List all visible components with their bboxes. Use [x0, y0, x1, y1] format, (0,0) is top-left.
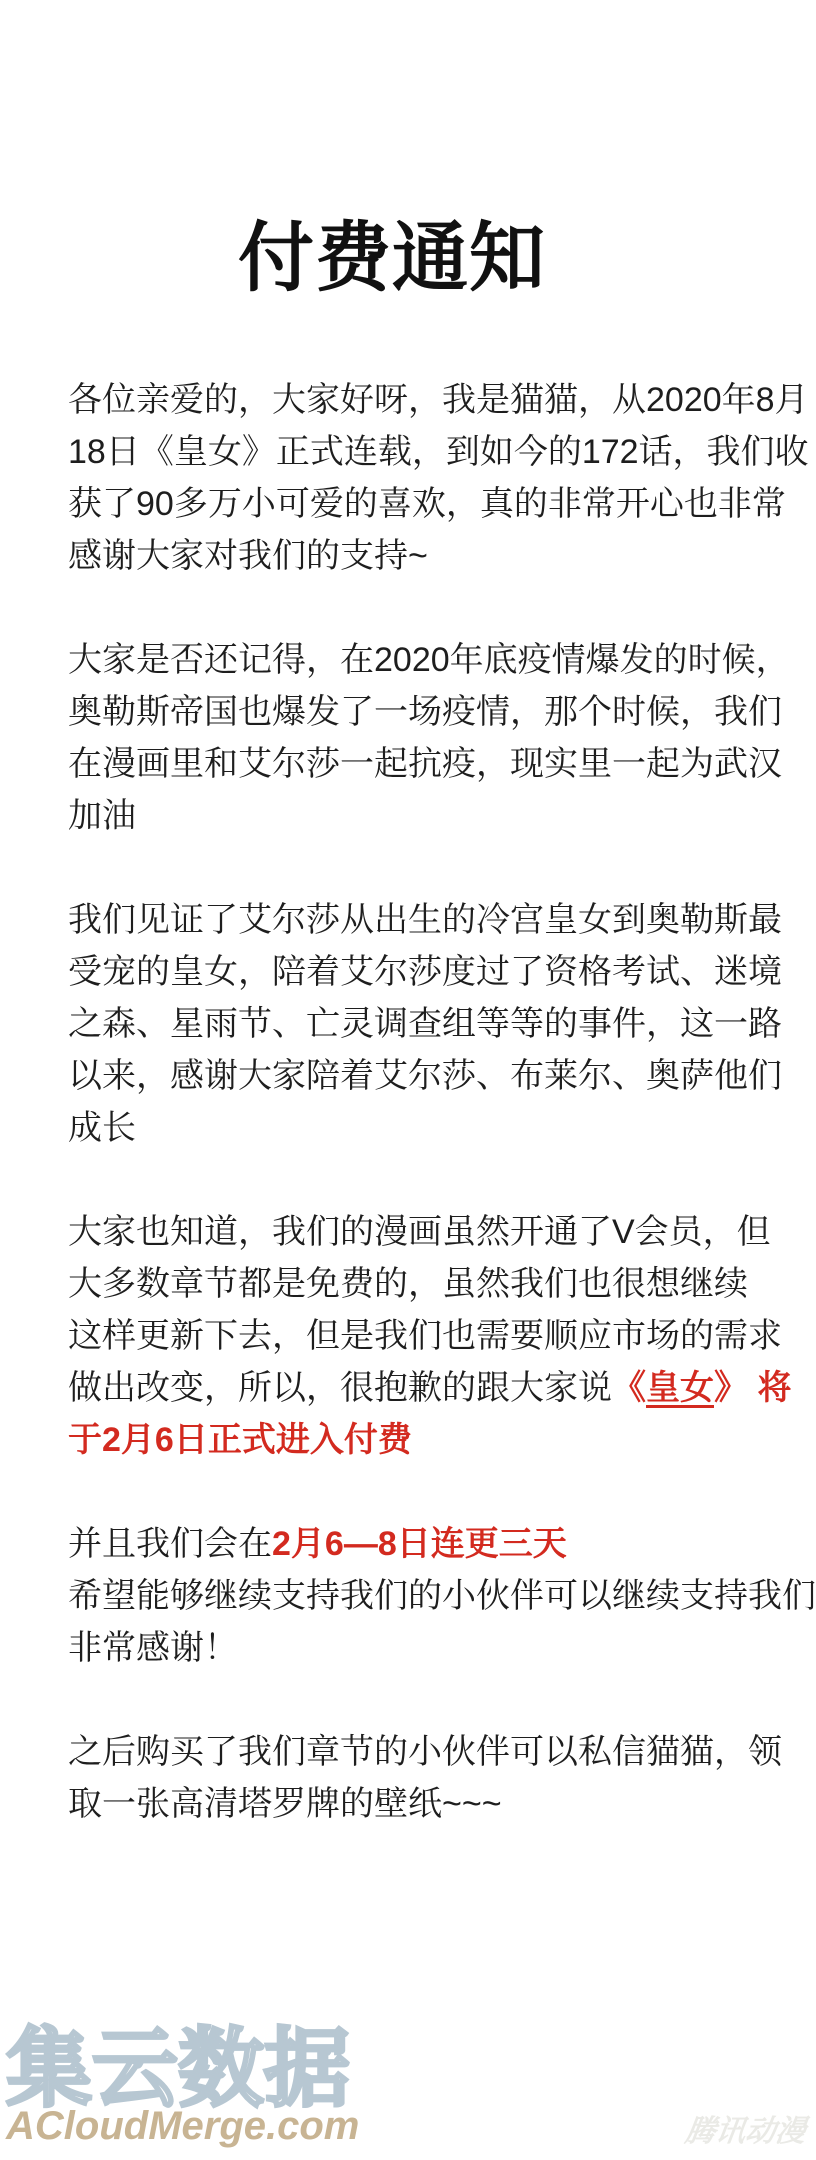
highlight-segment: 将: [748, 1369, 791, 1407]
watermark-block: 集云数据 ACloudMerge.com: [6, 2026, 359, 2146]
text-segment: 我们见证了艾尔莎从出生的冷宫皇女到奥勒斯最: [68, 901, 782, 939]
text-segment: 大家是否还记得，在2020年底疫情爆发的时候，: [68, 641, 790, 679]
highlight-segment: 《: [612, 1369, 646, 1407]
notice-line: 大多数章节都是免费的，虽然我们也很想继续: [68, 1258, 758, 1310]
notice-line: 获了90多万小可爱的喜欢，真的非常开心也非常: [68, 478, 758, 530]
notice-paragraph: 大家也知道，我们的漫画虽然开通了V会员，但大多数章节都是免费的，虽然我们也很想继…: [68, 1206, 758, 1466]
text-segment: 之森、星雨节、亡灵调查组等等的事件，这一路: [68, 1005, 782, 1043]
notice-line: 感谢大家对我们的支持~: [68, 530, 758, 582]
text-segment: 大家也知道，我们的漫画虽然开通了V会员，但: [68, 1213, 771, 1251]
notice-line: 之森、星雨节、亡灵调查组等等的事件，这一路: [68, 998, 758, 1050]
notice-line: 在漫画里和艾尔莎一起抗疫，现实里一起为武汉: [68, 738, 758, 790]
notice-line: 加油: [68, 790, 758, 842]
notice-line: 以来，感谢大家陪着艾尔莎、布莱尔、奥萨他们: [68, 1050, 758, 1102]
notice-line: 之后购买了我们章节的小伙伴可以私信猫猫，领: [68, 1726, 758, 1778]
text-segment: 非常感谢！: [68, 1629, 238, 1667]
highlight-segment: 》: [714, 1369, 748, 1407]
highlight-segment: 皇女: [646, 1369, 714, 1407]
notice-paragraph: 大家是否还记得，在2020年底疫情爆发的时候，奥勒斯帝国也爆发了一场疫情，那个时…: [68, 634, 758, 842]
notice-line: 我们见证了艾尔莎从出生的冷宫皇女到奥勒斯最: [68, 894, 758, 946]
notice-line: 做出改变，所以，很抱歉的跟大家说《皇女》 将: [68, 1362, 758, 1414]
text-segment: 以来，感谢大家陪着艾尔莎、布莱尔、奥萨他们: [68, 1057, 782, 1095]
notice-line: 奥勒斯帝国也爆发了一场疫情，那个时候，我们: [68, 686, 758, 738]
watermark-site-name: 集云数据: [6, 2026, 359, 2112]
text-segment: 做出改变，所以，很抱歉的跟大家说: [68, 1369, 612, 1407]
text-segment: 获了90多万小可爱的喜欢，真的非常开心也非常: [68, 485, 786, 523]
watermark-site-domain: ACloudMerge.com: [6, 2106, 359, 2146]
text-segment: 成长: [68, 1109, 136, 1147]
notice-line: 希望能够继续支持我们的小伙伴可以继续支持我们: [68, 1570, 758, 1622]
notice-line: 取一张高清塔罗牌的壁纸~~~: [68, 1778, 758, 1830]
notice-line: 18日《皇女》正式连载，到如今的172话，我们收: [68, 426, 758, 478]
notice-line: 受宠的皇女，陪着艾尔莎度过了资格考试、迷境: [68, 946, 758, 998]
notice-paragraph: 各位亲爱的，大家好呀，我是猫猫，从2020年8月18日《皇女》正式连载，到如今的…: [68, 374, 758, 582]
text-segment: 取一张高清塔罗牌的壁纸~~~: [68, 1785, 502, 1823]
notice-line: 并且我们会在2月6—8日连更三天: [68, 1518, 758, 1570]
text-segment: 各位亲爱的，大家好呀，我是猫猫，从2020年8月: [68, 381, 809, 419]
notice-paragraph: 我们见证了艾尔莎从出生的冷宫皇女到奥勒斯最受宠的皇女，陪着艾尔莎度过了资格考试、…: [68, 894, 758, 1154]
text-segment: 在漫画里和艾尔莎一起抗疫，现实里一起为武汉: [68, 745, 782, 783]
notice-page: { "page": { "title": "付费通知" }, "colors":…: [0, 0, 816, 2160]
notice-paragraph: 之后购买了我们章节的小伙伴可以私信猫猫，领取一张高清塔罗牌的壁纸~~~: [68, 1726, 758, 1830]
notice-line: 非常感谢！: [68, 1622, 758, 1674]
notice-body: 各位亲爱的，大家好呀，我是猫猫，从2020年8月18日《皇女》正式连载，到如今的…: [68, 374, 758, 1882]
text-segment: 这样更新下去，但是我们也需要顺应市场的需求: [68, 1317, 782, 1355]
page-title: 付费通知: [0, 217, 784, 301]
text-segment: 之后购买了我们章节的小伙伴可以私信猫猫，领: [68, 1733, 782, 1771]
text-segment: 感谢大家对我们的支持~: [68, 537, 428, 575]
watermark-tencent-comics: 腾讯动漫: [683, 2106, 809, 2150]
notice-line: 各位亲爱的，大家好呀，我是猫猫，从2020年8月: [68, 374, 758, 426]
highlight-segment: 于2月6日正式进入付费: [68, 1421, 412, 1459]
notice-paragraph: 并且我们会在2月6—8日连更三天希望能够继续支持我们的小伙伴可以继续支持我们非常…: [68, 1518, 758, 1674]
notice-line: 于2月6日正式进入付费: [68, 1414, 758, 1466]
text-segment: 大多数章节都是免费的，虽然我们也很想继续: [68, 1265, 748, 1303]
notice-line: 大家也知道，我们的漫画虽然开通了V会员，但: [68, 1206, 758, 1258]
notice-line: 大家是否还记得，在2020年底疫情爆发的时候，: [68, 634, 758, 686]
notice-line: 成长: [68, 1102, 758, 1154]
notice-line: 这样更新下去，但是我们也需要顺应市场的需求: [68, 1310, 758, 1362]
text-segment: 加油: [68, 797, 136, 835]
text-segment: 18日《皇女》正式连载，到如今的172话，我们收: [68, 433, 809, 471]
text-segment: 希望能够继续支持我们的小伙伴可以继续支持我们: [68, 1577, 816, 1615]
text-segment: 并且我们会在: [68, 1525, 272, 1563]
text-segment: 受宠的皇女，陪着艾尔莎度过了资格考试、迷境: [68, 953, 782, 991]
text-segment: 奥勒斯帝国也爆发了一场疫情，那个时候，我们: [68, 693, 782, 731]
highlight-segment: 2月6—8日连更三天: [272, 1525, 567, 1563]
